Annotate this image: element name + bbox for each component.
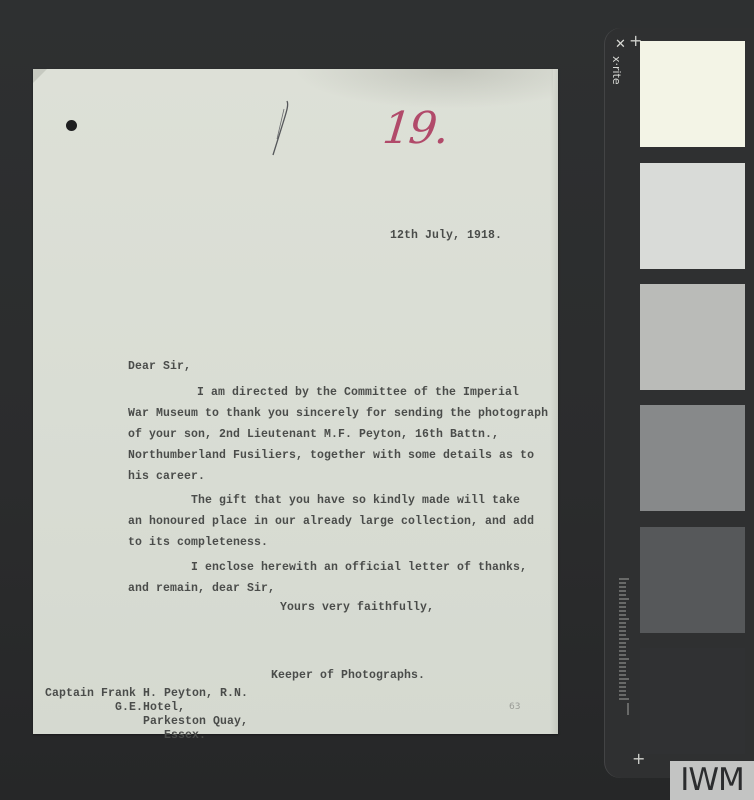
iwm-watermark: IWM — [670, 761, 754, 800]
recipient-address: Captain Frank H. Peyton, R.N. G.E.Hotel,… — [45, 687, 248, 743]
letter-page: 19. 12th July, 1918. Dear Sir, I am dire… — [33, 69, 558, 734]
signoff: Keeper of Photographs. — [271, 668, 425, 683]
pencil-mark-icon — [269, 99, 291, 159]
page-reference: 63 — [509, 702, 520, 712]
salutation: Dear Sir, — [128, 359, 191, 374]
folded-corner — [33, 69, 47, 83]
ruler-scale-icon — [617, 577, 631, 717]
swatch-mid-light-gray — [640, 284, 745, 390]
brand-label: x·rite — [610, 56, 623, 85]
paragraph-1-text: I am directed by the Committee of the Im… — [128, 386, 548, 483]
swatch-dark-gray — [640, 527, 745, 633]
paper-edge — [550, 69, 558, 734]
closing: Yours very faithfully, — [280, 600, 434, 615]
xrite-logo-icon: ✕ — [615, 38, 626, 51]
paragraph-3-text: I enclose herewith an official letter of… — [128, 561, 527, 595]
paragraph-1: I am directed by the Committee of the Im… — [128, 382, 548, 487]
folio-number: 19. — [381, 107, 450, 151]
paragraph-2-text: The gift that you have so kindly made wi… — [128, 494, 534, 549]
letter-date: 12th July, 1918. — [390, 228, 502, 243]
punch-hole — [66, 120, 77, 131]
swatch-darker-gray — [640, 648, 745, 754]
swatch-light-gray — [640, 163, 745, 269]
paragraph-2: The gift that you have so kindly made wi… — [128, 490, 534, 553]
swatch-mid-gray — [640, 405, 745, 511]
paragraph-3: I enclose herewith an official letter of… — [128, 557, 527, 599]
swatch-white — [640, 41, 745, 147]
